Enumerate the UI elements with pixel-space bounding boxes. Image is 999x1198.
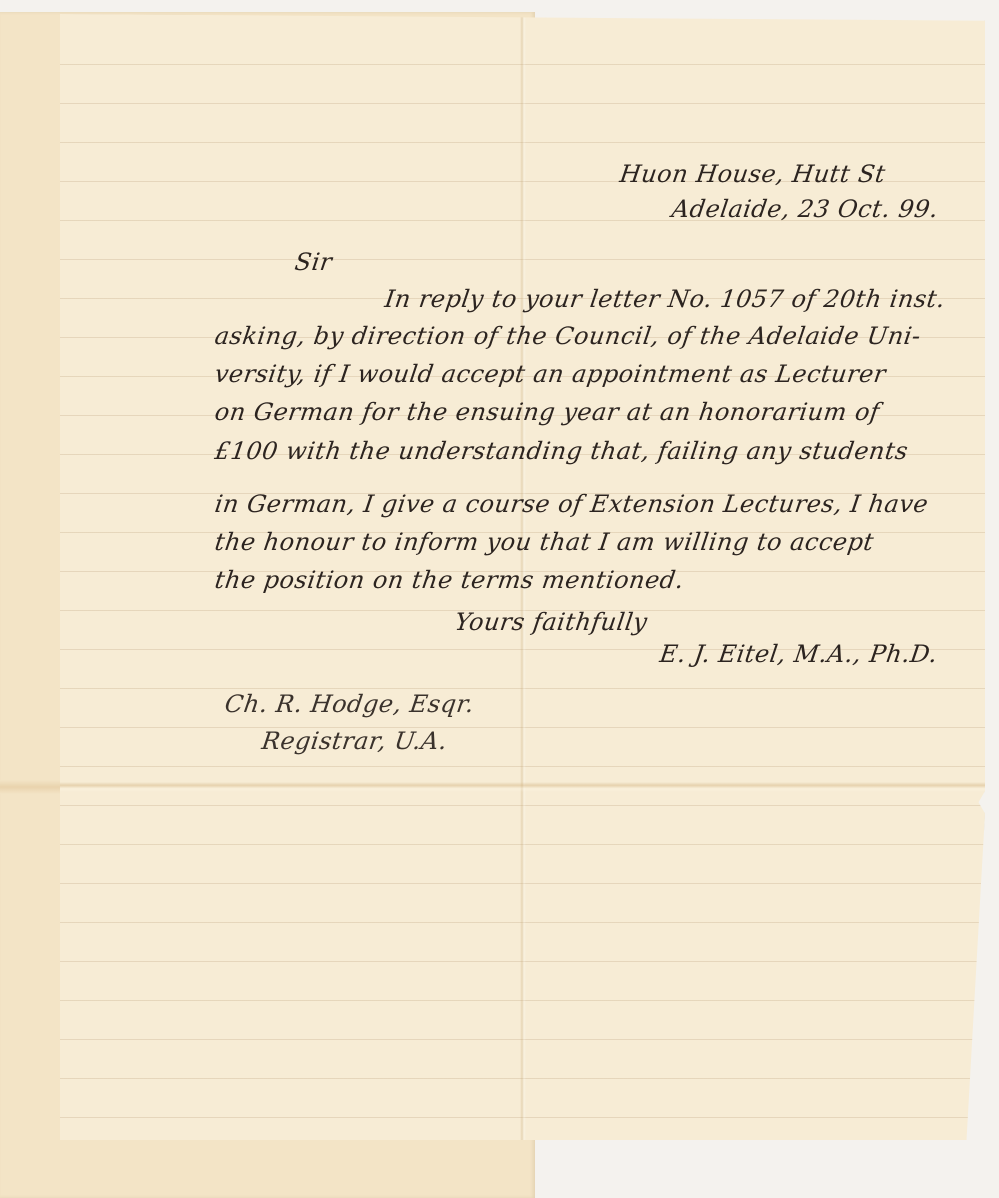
- horizontal-fold: [60, 782, 985, 792]
- salutation: Sir: [293, 248, 334, 276]
- body-line: £100 with the understanding that, failin…: [213, 437, 910, 465]
- body-line: on German for the ensuing year at an hon…: [213, 398, 881, 426]
- back-page-fold: [0, 780, 60, 794]
- body-line: the honour to inform you that I am willi…: [213, 528, 876, 556]
- sender-address: Huon House, Hutt St: [618, 160, 887, 188]
- body-line: in German, I give a course of Extension …: [213, 490, 930, 518]
- recipient-title: Registrar, U.A.: [260, 727, 449, 755]
- body-line: asking, by direction of the Council, of …: [213, 322, 923, 350]
- body-line: the position on the terms mentioned.: [213, 566, 686, 594]
- closing: Yours faithfully: [453, 608, 649, 636]
- body-line: In reply to your letter No. 1057 of 20th…: [383, 285, 947, 313]
- recipient-name: Ch. R. Hodge, Esqr.: [223, 690, 476, 718]
- signature: E. J. Eitel, M.A., Ph.D.: [658, 640, 939, 668]
- body-line: versity, if I would accept an appointmen…: [213, 360, 888, 388]
- place-date: Adelaide, 23 Oct. 99.: [670, 195, 940, 223]
